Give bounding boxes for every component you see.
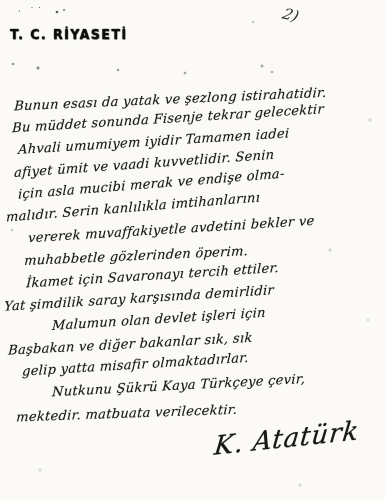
scan-noise-marks: · ˙˙ — [18, 7, 45, 17]
scanned-letter-page: · ˙˙ T. C. RİYASETİ 2) Bunun esası da ya… — [0, 0, 385, 500]
letterhead-title: T. C. RİYASETİ — [10, 27, 128, 43]
page-number: 2) — [280, 5, 302, 25]
letter-body: Bunun esası da yatak ve şezlong istiraha… — [0, 100, 385, 433]
